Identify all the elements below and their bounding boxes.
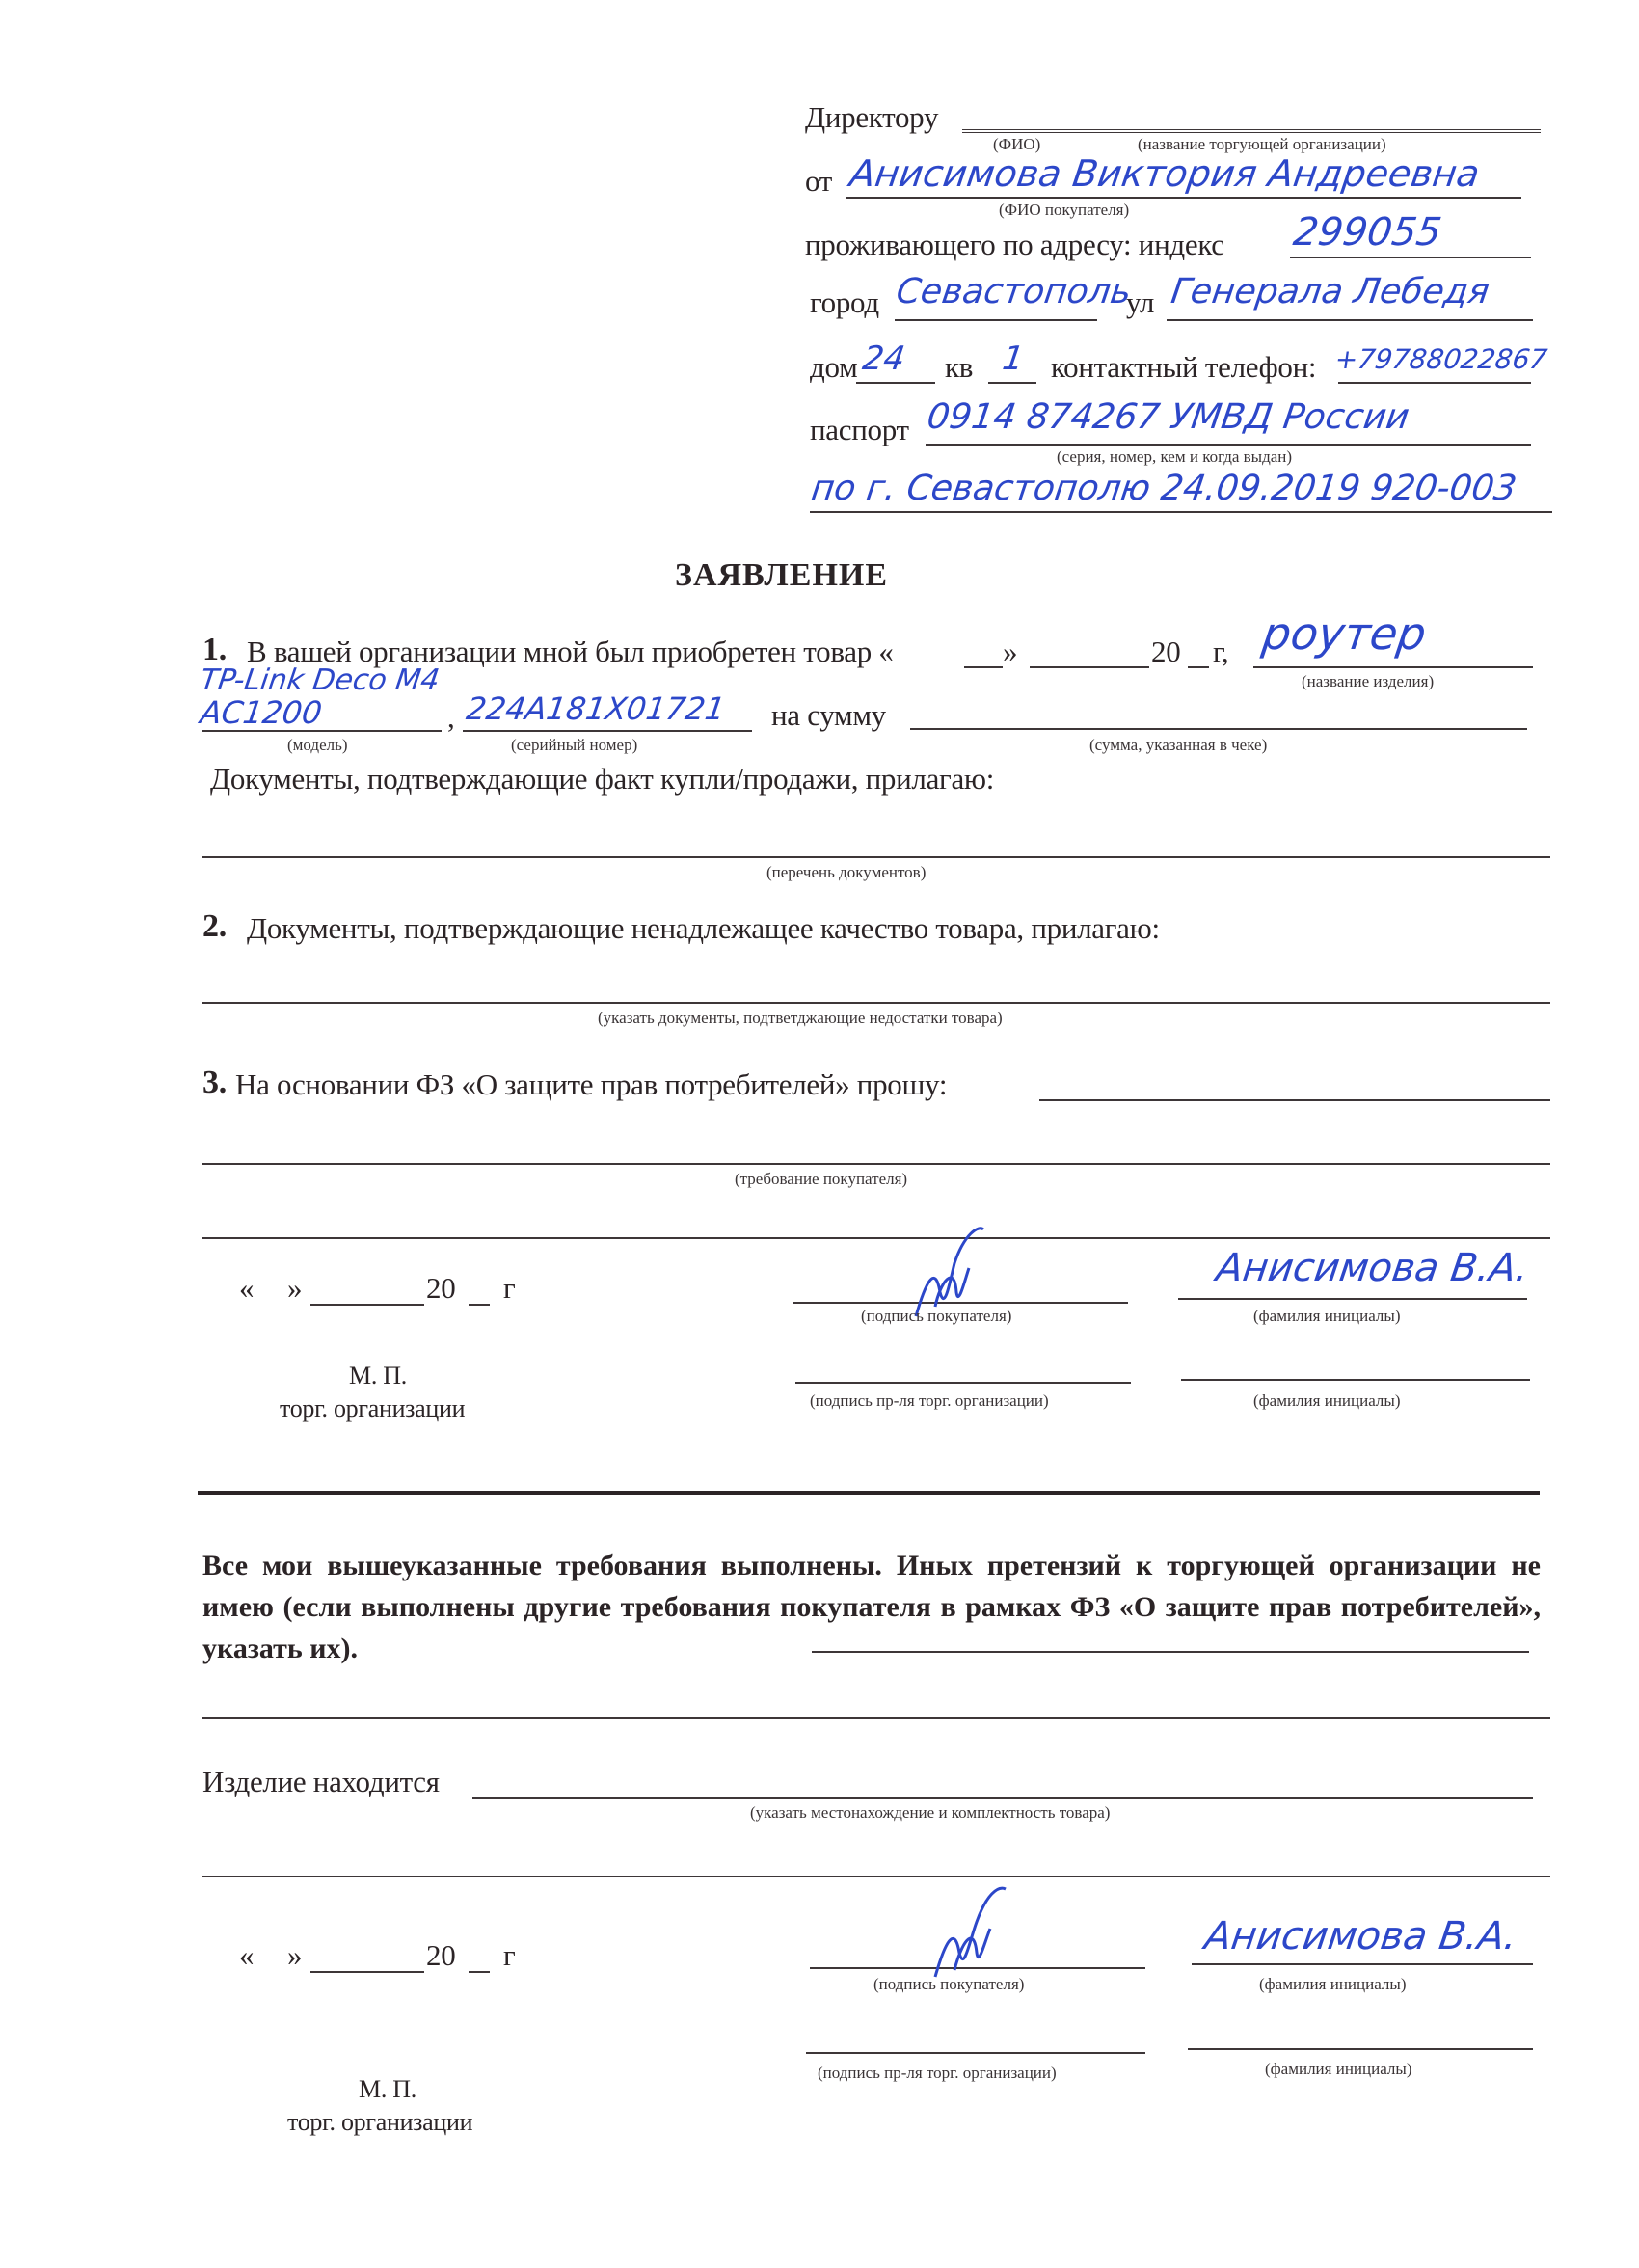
defect-docs-caption: (указать документы, подтветджающие недос… (598, 1009, 1003, 1028)
street-field[interactable] (1167, 319, 1533, 321)
apt-value: 1 (1000, 339, 1026, 378)
year-suffix: г (503, 1938, 515, 1973)
model-field[interactable] (202, 730, 442, 732)
section-3-number: 3. (202, 1065, 227, 1101)
street-label: ул (1126, 285, 1154, 320)
location-field[interactable] (472, 1797, 1533, 1799)
director-label: Директору (805, 100, 938, 135)
demand-field[interactable] (1039, 1099, 1550, 1101)
seller-signature-caption: (подпись пр-ля торг. организации) (818, 2064, 1057, 2083)
sign-date-year-field[interactable] (469, 1971, 490, 1973)
date-close-quote: » (287, 1938, 302, 1973)
date-close-quote: » (287, 1271, 302, 1306)
passport-value-line2: по г. Севастополю 24.09.2019 920-003 (809, 469, 1518, 508)
demand-caption: (требование покупателя) (735, 1170, 907, 1189)
date-close-quote: » (1003, 634, 1017, 669)
phone-field[interactable] (1338, 382, 1531, 384)
buyer-name-field[interactable] (1192, 1963, 1533, 1965)
sum-caption: (сумма, указанная в чеке) (1089, 736, 1267, 755)
from-caption: (ФИО покупателя) (999, 201, 1129, 220)
product-name-caption: (название изделия) (1302, 672, 1434, 691)
seller-name-field[interactable] (1188, 2048, 1533, 2050)
stamp-label: М. П. (349, 1362, 407, 1390)
section-2-number: 2. (202, 908, 227, 945)
section-3-text: На основании ФЗ «О защите прав потребите… (235, 1067, 947, 1102)
purchase-docs-caption: (перечень документов) (766, 863, 926, 882)
from-field[interactable] (846, 197, 1521, 199)
house-label: дом (810, 350, 857, 385)
apt-label: кв (945, 350, 973, 385)
house-value: 24 (860, 339, 907, 378)
model-caption: (модель) (287, 736, 348, 755)
model-value-line2: AC1200 (198, 694, 324, 731)
street-value: Генерала Лебедя (1169, 272, 1491, 311)
fulfilled-claims-text: Все мои вышеуказанные требования выполне… (202, 1550, 1541, 1664)
phone-value: +79788022867 (1333, 343, 1549, 375)
city-label: город (810, 285, 879, 320)
seller-signature-field[interactable] (795, 1382, 1131, 1384)
serial-caption: (серийный номер) (511, 736, 637, 755)
purchase-docs-field[interactable] (202, 856, 1550, 858)
seller-signature-field[interactable] (806, 2052, 1145, 2054)
sign-date-year-field[interactable] (469, 1304, 490, 1306)
location-caption: (указать местонахождение и комплектность… (750, 1803, 1110, 1822)
director-field[interactable] (962, 129, 1541, 133)
year-prefix: 20 (426, 1271, 455, 1306)
buyer-signature-icon (921, 1885, 1036, 1982)
other-demands-field[interactable] (812, 1651, 1529, 1653)
stamp-label: М. П. (359, 2075, 416, 2104)
product-name-field[interactable] (1253, 666, 1533, 668)
director-caption-fio: (ФИО) (993, 135, 1040, 154)
other-demands-field-2[interactable] (202, 1717, 1550, 1719)
date-open-quote: « (239, 1271, 254, 1306)
buyer-name-value: Анисимова В.А. (1202, 1914, 1520, 1958)
city-field[interactable] (895, 319, 1097, 321)
seller-name-caption: (фамилия инициалы) (1253, 1391, 1400, 1411)
passport-field-2[interactable] (810, 511, 1552, 513)
model-serial-comma: , (447, 700, 454, 735)
year-prefix: 20 (1151, 634, 1180, 669)
purchase-month-field[interactable] (1030, 666, 1149, 668)
section-2-text: Документы, подтверждающие ненадлежащее к… (247, 911, 1160, 946)
phone-label: контактный телефон: (1051, 350, 1316, 385)
city-value: Севастополь (894, 272, 1134, 311)
document-title: ЗАЯВЛЕНИЕ (675, 557, 888, 594)
year-prefix: 20 (426, 1938, 455, 1973)
purchase-year-field[interactable] (1188, 666, 1209, 668)
buyer-signature-caption: (подпись покупателя) (861, 1307, 1011, 1326)
sum-label: на сумму (771, 698, 886, 733)
buyer-name-caption: (фамилия инициалы) (1259, 1975, 1406, 1994)
passport-field[interactable] (926, 444, 1531, 445)
seller-name-caption: (фамилия инициалы) (1265, 2060, 1411, 2079)
address-label: проживающего по адресу: индекс (805, 228, 1224, 262)
serial-value: 224A181X01721 (464, 690, 727, 727)
index-value: 299055 (1291, 210, 1444, 255)
index-field[interactable] (1290, 256, 1531, 258)
sign-date-month-field[interactable] (310, 1304, 424, 1306)
stamp-org-label: торг. организации (280, 1394, 465, 1423)
sign-date-month-field[interactable] (310, 1971, 424, 1973)
from-value: Анисимова Виктория Андреевна (847, 152, 1482, 195)
seller-signature-caption: (подпись пр-ля торг. организации) (810, 1391, 1049, 1411)
sum-field[interactable] (910, 728, 1527, 730)
passport-value-line1: 0914 874267 УМВД России (925, 397, 1411, 437)
stamp-org-label: торг. организации (287, 2108, 472, 2137)
demand-field-3[interactable] (202, 1237, 1550, 1239)
model-value-line1: TP-Link Deco M4 (199, 663, 442, 697)
serial-field[interactable] (463, 730, 752, 732)
year-suffix: г, (1213, 634, 1228, 669)
seller-name-field[interactable] (1181, 1379, 1530, 1381)
section-divider (198, 1491, 1540, 1495)
location-label: Изделие находится (202, 1765, 440, 1799)
buyer-name-caption: (фамилия инициалы) (1253, 1307, 1400, 1326)
buyer-signature-caption: (подпись покупателя) (873, 1975, 1024, 1994)
buyer-name-field[interactable] (1178, 1298, 1527, 1300)
buyer-name-value: Анисимова В.А. (1214, 1246, 1532, 1290)
passport-label: паспорт (810, 413, 909, 447)
from-label: от (805, 164, 832, 199)
location-field-2[interactable] (202, 1876, 1550, 1877)
apt-field[interactable] (988, 382, 1036, 384)
product-name-value: роутер (1259, 607, 1429, 660)
passport-caption: (серия, номер, кем и когда выдан) (1057, 447, 1292, 467)
year-suffix: г (503, 1271, 515, 1306)
director-caption-org: (название торгующей организации) (1138, 135, 1386, 154)
date-open-quote: « (239, 1938, 254, 1973)
demand-field-2[interactable] (202, 1163, 1550, 1165)
purchase-day-field[interactable] (964, 666, 1003, 668)
house-field[interactable] (856, 382, 935, 384)
purchase-docs-text: Документы, подтверждающие факт купли/про… (210, 762, 994, 796)
defect-docs-field[interactable] (202, 1002, 1550, 1004)
